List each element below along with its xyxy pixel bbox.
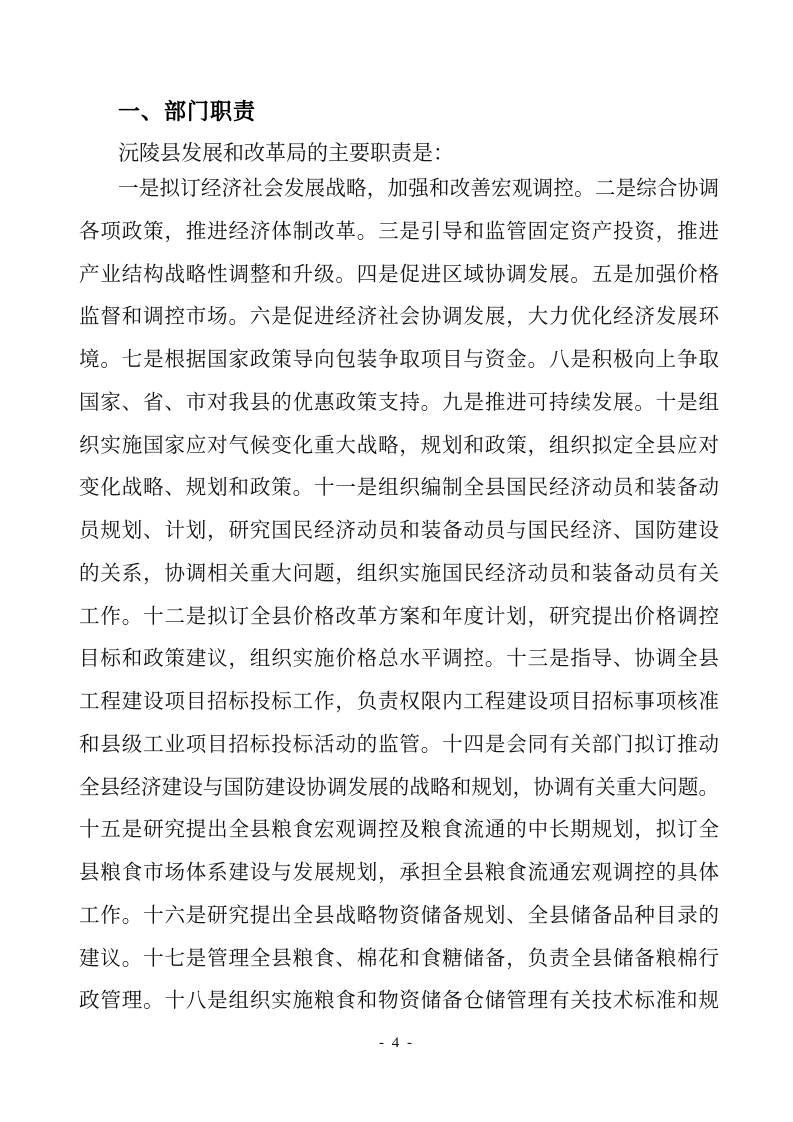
paragraph-line: 工程建设项目招标投标工作，负责权限内工程建设项目招标事项核准 [79,681,719,724]
paragraph-line: 建议。十七是管理全县粮食、棉花和食糖储备，负责全县储备粮棉行 [79,938,719,981]
paragraph-line: 国家、省、市对我县的优惠政策支持。九是推进可持续发展。十是组 [79,382,719,425]
paragraph-line: 和县级工业项目招标投标活动的监管。十四是会同有关部门拟订推动 [79,724,719,767]
paragraph-line: 变化战略、规划和政策。十一是组织编制全县国民经济动员和装备动 [79,467,719,510]
paragraph-line: 目标和政策建议，组织实施价格总水平调控。十三是指导、协调全县 [79,638,719,681]
paragraph-line: 县粮食市场体系建设与发展规划，承担全县粮食流通宏观调控的具体 [79,852,719,895]
paragraph-line: 政管理。十八是组织实施粮食和物资储备仓储管理有关技术标准和规 [79,980,719,1023]
paragraph-line: 监督和调控市场。六是促进经济社会协调发展，大力优化经济发展环 [79,296,719,339]
paragraph-block: 一是拟订经济社会发展战略，加强和改善宏观调控。二是综合协调 各项政策，推进经济体… [79,168,719,1023]
paragraph-line: 工作。十六是研究提出全县战略物资储备规划、全县储备品种目录的 [79,895,719,938]
paragraph-line: 境。七是根据国家政策导向包装争取项目与资金。八是积极向上争取 [79,339,719,382]
page-number: - 4 - [0,1035,793,1052]
paragraph-line: 十五是研究提出全县粮食宏观调控及粮食流通的中长期规划，拟订全 [79,809,719,852]
document-page: 一、部门职责 沅陵县发展和改革局的主要职责是： 一是拟订经济社会发展战略，加强和… [0,0,793,1122]
paragraph-line: 全县经济建设与国防建设协调发展的战略和规划，协调有关重大问题。 [79,767,719,810]
paragraph-line: 织实施国家应对气候变化重大战略，规划和政策，组织拟定全县应对 [79,425,719,468]
paragraph-line: 的关系，协调相关重大问题，组织实施国民经济动员和装备动员有关 [79,553,719,596]
paragraph-line: 各项政策，推进经济体制改革。三是引导和监管固定资产投资，推进 [79,211,719,254]
paragraph-line: 工作。十二是拟订全县价格改革方案和年度计划，研究提出价格调控 [79,596,719,639]
intro-line: 沅陵县发展和改革局的主要职责是： [79,141,719,166]
paragraph-line: 一是拟订经济社会发展战略，加强和改善宏观调控。二是综合协调 [79,168,719,211]
paragraph-line: 员规划、计划，研究国民经济动员和装备动员与国民经济、国防建设 [79,510,719,553]
section-heading: 一、部门职责 [79,99,719,125]
paragraph-line: 产业结构战略性调整和升级。四是促进区域协调发展。五是加强价格 [79,254,719,297]
